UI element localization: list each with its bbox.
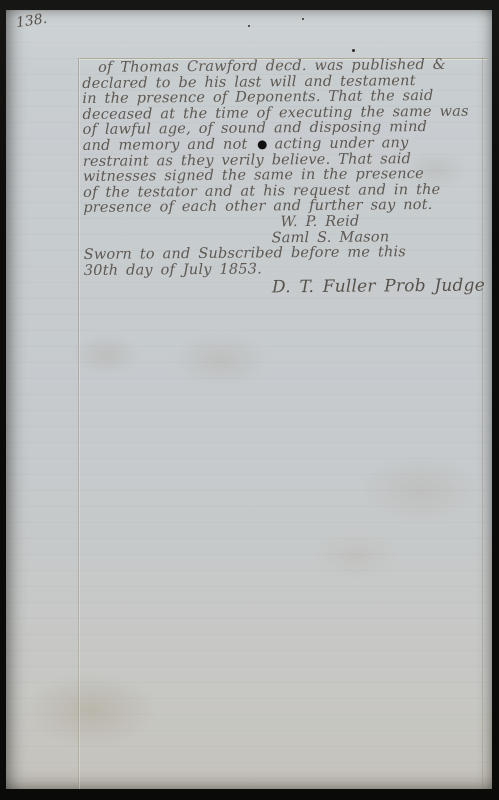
sheet-seam-left — [78, 58, 79, 789]
manuscript: of Thomas Crawford decd. was published &… — [82, 57, 488, 299]
punch-hole — [257, 140, 266, 149]
scanned-page-photo: 138. of Thomas Crawford decd. was publis… — [0, 0, 499, 800]
ink-speck — [302, 18, 304, 20]
record-book-page: 138. of Thomas Crawford decd. was publis… — [6, 10, 492, 789]
line-text-after-hole: acting under any — [274, 135, 408, 152]
ink-speck — [352, 49, 355, 52]
line-text-before-hole: and memory and not — [83, 137, 248, 154]
page-number: 138. — [15, 11, 48, 31]
ink-speck — [248, 25, 250, 27]
judge-signature: D. T. Fuller Prob Judge — [84, 276, 488, 300]
